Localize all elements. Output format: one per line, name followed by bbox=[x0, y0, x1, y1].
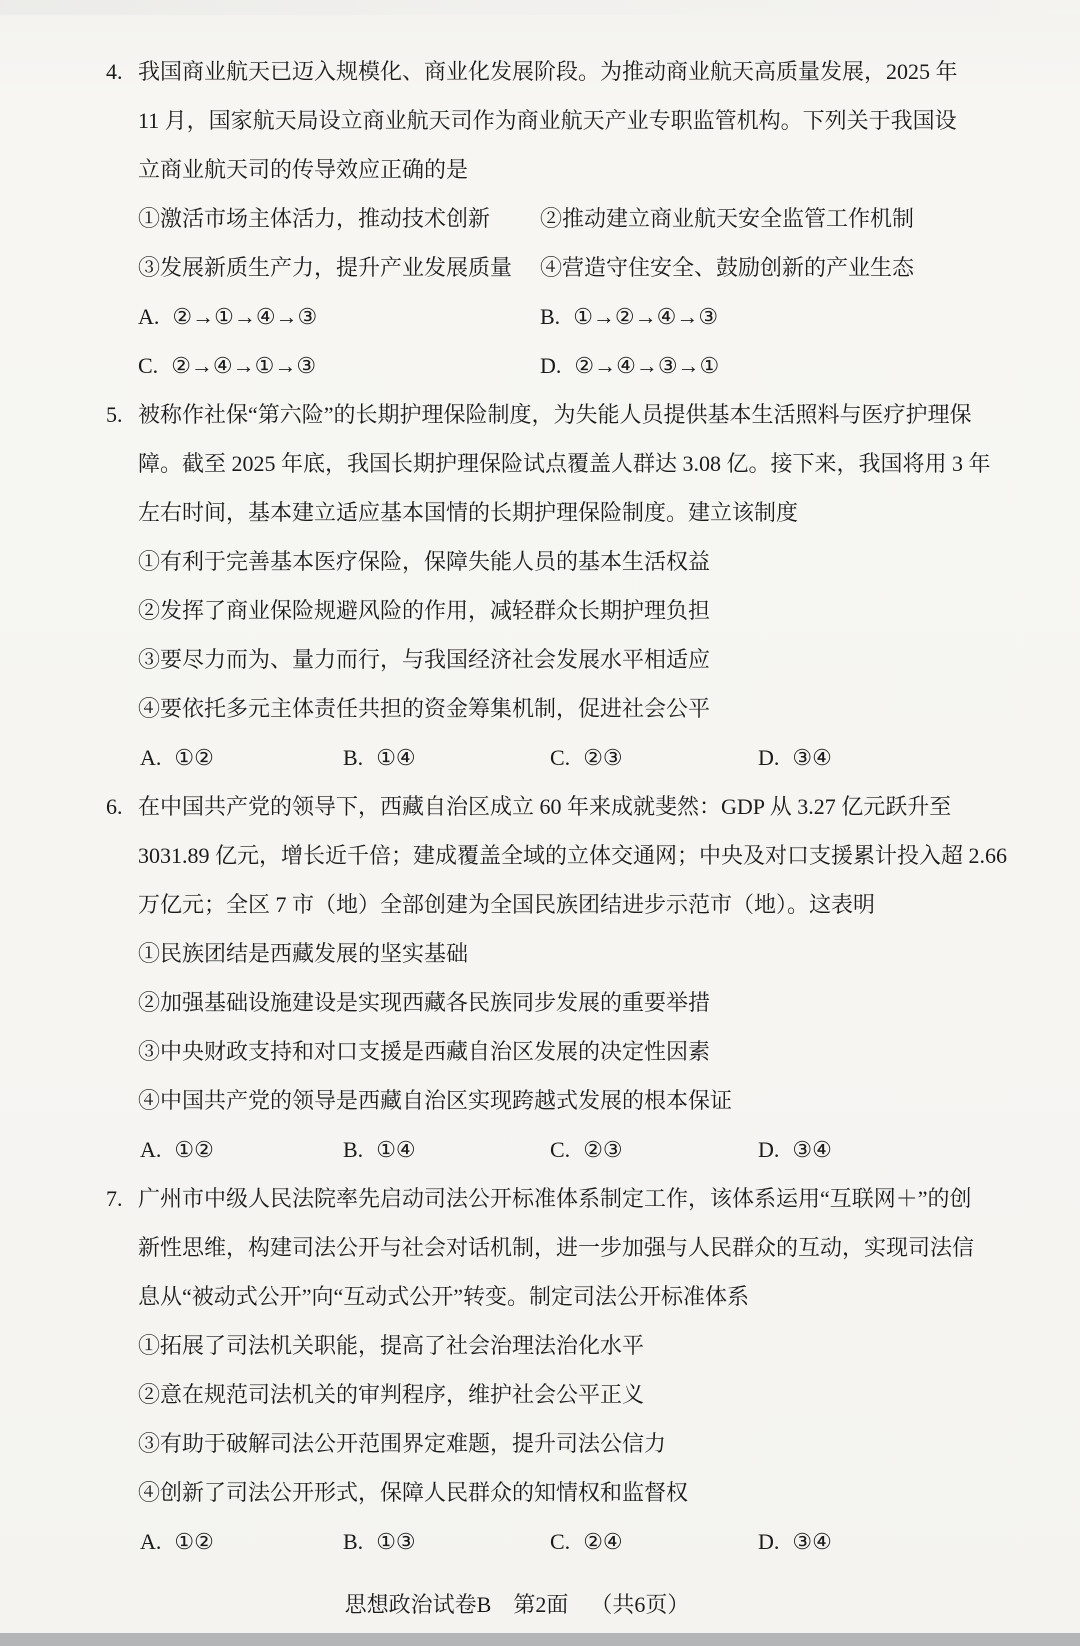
choice-value: ②③ bbox=[583, 1137, 622, 1162]
choice-value: ②→①→④→③ bbox=[172, 304, 317, 329]
statement-2: ②推动建立商业航天安全监管工作机制 bbox=[540, 194, 914, 243]
scan-artifact-bottom-band bbox=[0, 1633, 1080, 1646]
question-stem-line: 11 月，国家航天局设立商业航天司作为商业航天产业专职监管机构。下列关于我国设 bbox=[138, 96, 1080, 145]
choice-row: A.①② B.①③ C.②④ D.③④ bbox=[138, 1517, 1080, 1566]
choice-value: ①② bbox=[174, 1529, 213, 1554]
question-number: 5. bbox=[106, 390, 123, 439]
choice-row: A.①② B.①④ C.②③ D.③④ bbox=[138, 1125, 1080, 1174]
question-stem-line: 新性思维，构建司法公开与社会对话机制，进一步加强与人民群众的互动，实现司法信 bbox=[138, 1223, 1080, 1272]
statement-3: ③要尽力而为、量力而行，与我国经济社会发展水平相适应 bbox=[138, 635, 1080, 684]
choice-a: A.①② bbox=[140, 1125, 343, 1174]
choice-label: C. bbox=[550, 745, 570, 770]
question-5: 5. 被称作社保“第六险”的长期护理保险制度，为失能人员提供基本生活照料与医疗护… bbox=[0, 390, 1080, 782]
choice-value: ①③ bbox=[376, 1529, 415, 1554]
statement-1: ①有利于完善基本医疗保险，保障失能人员的基本生活权益 bbox=[138, 537, 1080, 586]
statement-3: ③发展新质生产力，提升产业发展质量 bbox=[138, 243, 540, 292]
choice-label: C. bbox=[550, 1137, 570, 1162]
question-stem-line: 息从“被动式公开”向“互动式公开”转变。制定司法公开标准体系 bbox=[138, 1272, 1080, 1321]
page-footer: 思想政治试卷B第2面（共6页） bbox=[0, 1580, 1057, 1629]
question-4: 4. 我国商业航天已迈入规模化、商业化发展阶段。为推动商业航天高质量发展，202… bbox=[0, 47, 1080, 390]
statement-row: ③发展新质生产力，提升产业发展质量 ④营造守住安全、鼓励创新的产业生态 bbox=[138, 243, 1080, 292]
question-stem-line: 3031.89 亿元，增长近千倍；建成覆盖全域的立体交通网；中央及对口支援累计投… bbox=[138, 831, 1080, 880]
statement-2: ②加强基础设施建设是实现西藏各民族同步发展的重要举措 bbox=[138, 978, 1080, 1027]
choice-value: ③④ bbox=[792, 1529, 831, 1554]
choice-row: A.②→①→④→③ B.①→②→④→③ bbox=[138, 292, 1080, 341]
choice-b: B.①③ bbox=[343, 1517, 550, 1566]
statement-4: ④创新了司法公开形式，保障人民群众的知情权和监督权 bbox=[138, 1468, 1080, 1517]
statement-2: ②意在规范司法机关的审判程序，维护社会公平正义 bbox=[138, 1370, 1080, 1419]
question-7: 7. 广州市中级人民法院率先启动司法公开标准体系制定工作，该体系运用“互联网＋”… bbox=[0, 1174, 1080, 1566]
question-stem-line: 左右时间，基本建立适应基本国情的长期护理保险制度。建立该制度 bbox=[138, 488, 1080, 537]
question-number: 4. bbox=[106, 47, 123, 96]
statement-1: ①激活市场主体活力，推动技术创新 bbox=[138, 194, 540, 243]
choice-label: D. bbox=[758, 745, 779, 770]
statement-3: ③中央财政支持和对口支援是西藏自治区发展的决定性因素 bbox=[138, 1027, 1080, 1076]
choice-c: C.②④ bbox=[550, 1517, 758, 1566]
question-stem-line: 立商业航天司的传导效应正确的是 bbox=[138, 145, 1080, 194]
statement-2: ②发挥了商业保险规避风险的作用，减轻群众长期护理负担 bbox=[138, 586, 1080, 635]
choice-b: B.①④ bbox=[343, 733, 550, 782]
choice-c: C.②→④→①→③ bbox=[138, 341, 540, 390]
choice-row: C.②→④→①→③ D.②→④→③→① bbox=[138, 341, 1080, 390]
choice-label: A. bbox=[140, 745, 161, 770]
choice-label: C. bbox=[138, 353, 158, 378]
question-stem-line: 万亿元；全区 7 市（地）全部创建为全国民族团结进步示范市（地）。这表明 bbox=[138, 880, 1080, 929]
choice-label: A. bbox=[138, 304, 159, 329]
statement-1: ①民族团结是西藏发展的坚实基础 bbox=[138, 929, 1080, 978]
choice-d: D.③④ bbox=[758, 733, 832, 782]
footer-total-pages: （共6页） bbox=[590, 1592, 689, 1617]
choice-label: B. bbox=[343, 1529, 363, 1554]
choice-b: B.①④ bbox=[343, 1125, 550, 1174]
choice-row: A.①② B.①④ C.②③ D.③④ bbox=[138, 733, 1080, 782]
choice-value: ①④ bbox=[376, 1137, 415, 1162]
question-number: 6. bbox=[106, 782, 123, 831]
choice-a: A.②→①→④→③ bbox=[138, 292, 540, 341]
choice-value: ①→②→④→③ bbox=[573, 304, 718, 329]
footer-page-number: 第2面 bbox=[513, 1592, 568, 1617]
choice-value: ①② bbox=[174, 1137, 213, 1162]
choice-label: D. bbox=[758, 1529, 779, 1554]
question-stem-line: 障。截至 2025 年底，我国长期护理保险试点覆盖人群达 3.08 亿。接下来，… bbox=[138, 439, 1080, 488]
choice-b: B.①→②→④→③ bbox=[540, 292, 718, 341]
choice-value: ①② bbox=[174, 745, 213, 770]
question-6: 6. 在中国共产党的领导下，西藏自治区成立 60 年来成就斐然：GDP 从 3.… bbox=[0, 782, 1080, 1174]
question-stem-line: 在中国共产党的领导下，西藏自治区成立 60 年来成就斐然：GDP 从 3.27 … bbox=[138, 782, 1080, 831]
choice-d: D.③④ bbox=[758, 1517, 832, 1566]
statement-row: ①激活市场主体活力，推动技术创新 ②推动建立商业航天安全监管工作机制 bbox=[138, 194, 1080, 243]
choice-value: ③④ bbox=[792, 745, 831, 770]
statement-1: ①拓展了司法机关职能，提高了社会治理法治化水平 bbox=[138, 1321, 1080, 1370]
statement-4: ④营造守住安全、鼓励创新的产业生态 bbox=[540, 243, 914, 292]
statement-4: ④中国共产党的领导是西藏自治区实现跨越式发展的根本保证 bbox=[138, 1076, 1080, 1125]
footer-paper-title: 思想政治试卷B bbox=[345, 1592, 492, 1617]
choice-d: D.③④ bbox=[758, 1125, 832, 1174]
choice-value: ②→④→①→③ bbox=[171, 353, 316, 378]
question-stem-line: 被称作社保“第六险”的长期护理保险制度，为失能人员提供基本生活照料与医疗护理保 bbox=[138, 390, 1080, 439]
statement-4: ④要依托多元主体责任共担的资金筹集机制，促进社会公平 bbox=[138, 684, 1080, 733]
choice-value: ①④ bbox=[376, 745, 415, 770]
question-stem-line: 广州市中级人民法院率先启动司法公开标准体系制定工作，该体系运用“互联网＋”的创 bbox=[138, 1174, 1080, 1223]
question-stem-line: 我国商业航天已迈入规模化、商业化发展阶段。为推动商业航天高质量发展，2025 年 bbox=[138, 47, 1080, 96]
choice-value: ②③ bbox=[583, 745, 622, 770]
choice-value: ③④ bbox=[792, 1137, 831, 1162]
choice-a: A.①② bbox=[140, 1517, 343, 1566]
choice-label: A. bbox=[140, 1137, 161, 1162]
choice-c: C.②③ bbox=[550, 733, 758, 782]
statement-3: ③有助于破解司法公开范围界定难题，提升司法公信力 bbox=[138, 1419, 1080, 1468]
choice-label: D. bbox=[540, 353, 561, 378]
choice-d: D.②→④→③→① bbox=[540, 341, 719, 390]
choice-label: D. bbox=[758, 1137, 779, 1162]
choice-value: ②④ bbox=[583, 1529, 622, 1554]
choice-a: A.①② bbox=[140, 733, 343, 782]
choice-label: B. bbox=[540, 304, 560, 329]
choice-label: B. bbox=[343, 745, 363, 770]
exam-page: 4. 我国商业航天已迈入规模化、商业化发展阶段。为推动商业航天高质量发展，202… bbox=[0, 0, 1080, 1629]
choice-label: A. bbox=[140, 1529, 161, 1554]
choice-label: C. bbox=[550, 1529, 570, 1554]
choice-label: B. bbox=[343, 1137, 363, 1162]
question-number: 7. bbox=[106, 1174, 123, 1223]
choice-value: ②→④→③→① bbox=[574, 353, 719, 378]
choice-c: C.②③ bbox=[550, 1125, 758, 1174]
